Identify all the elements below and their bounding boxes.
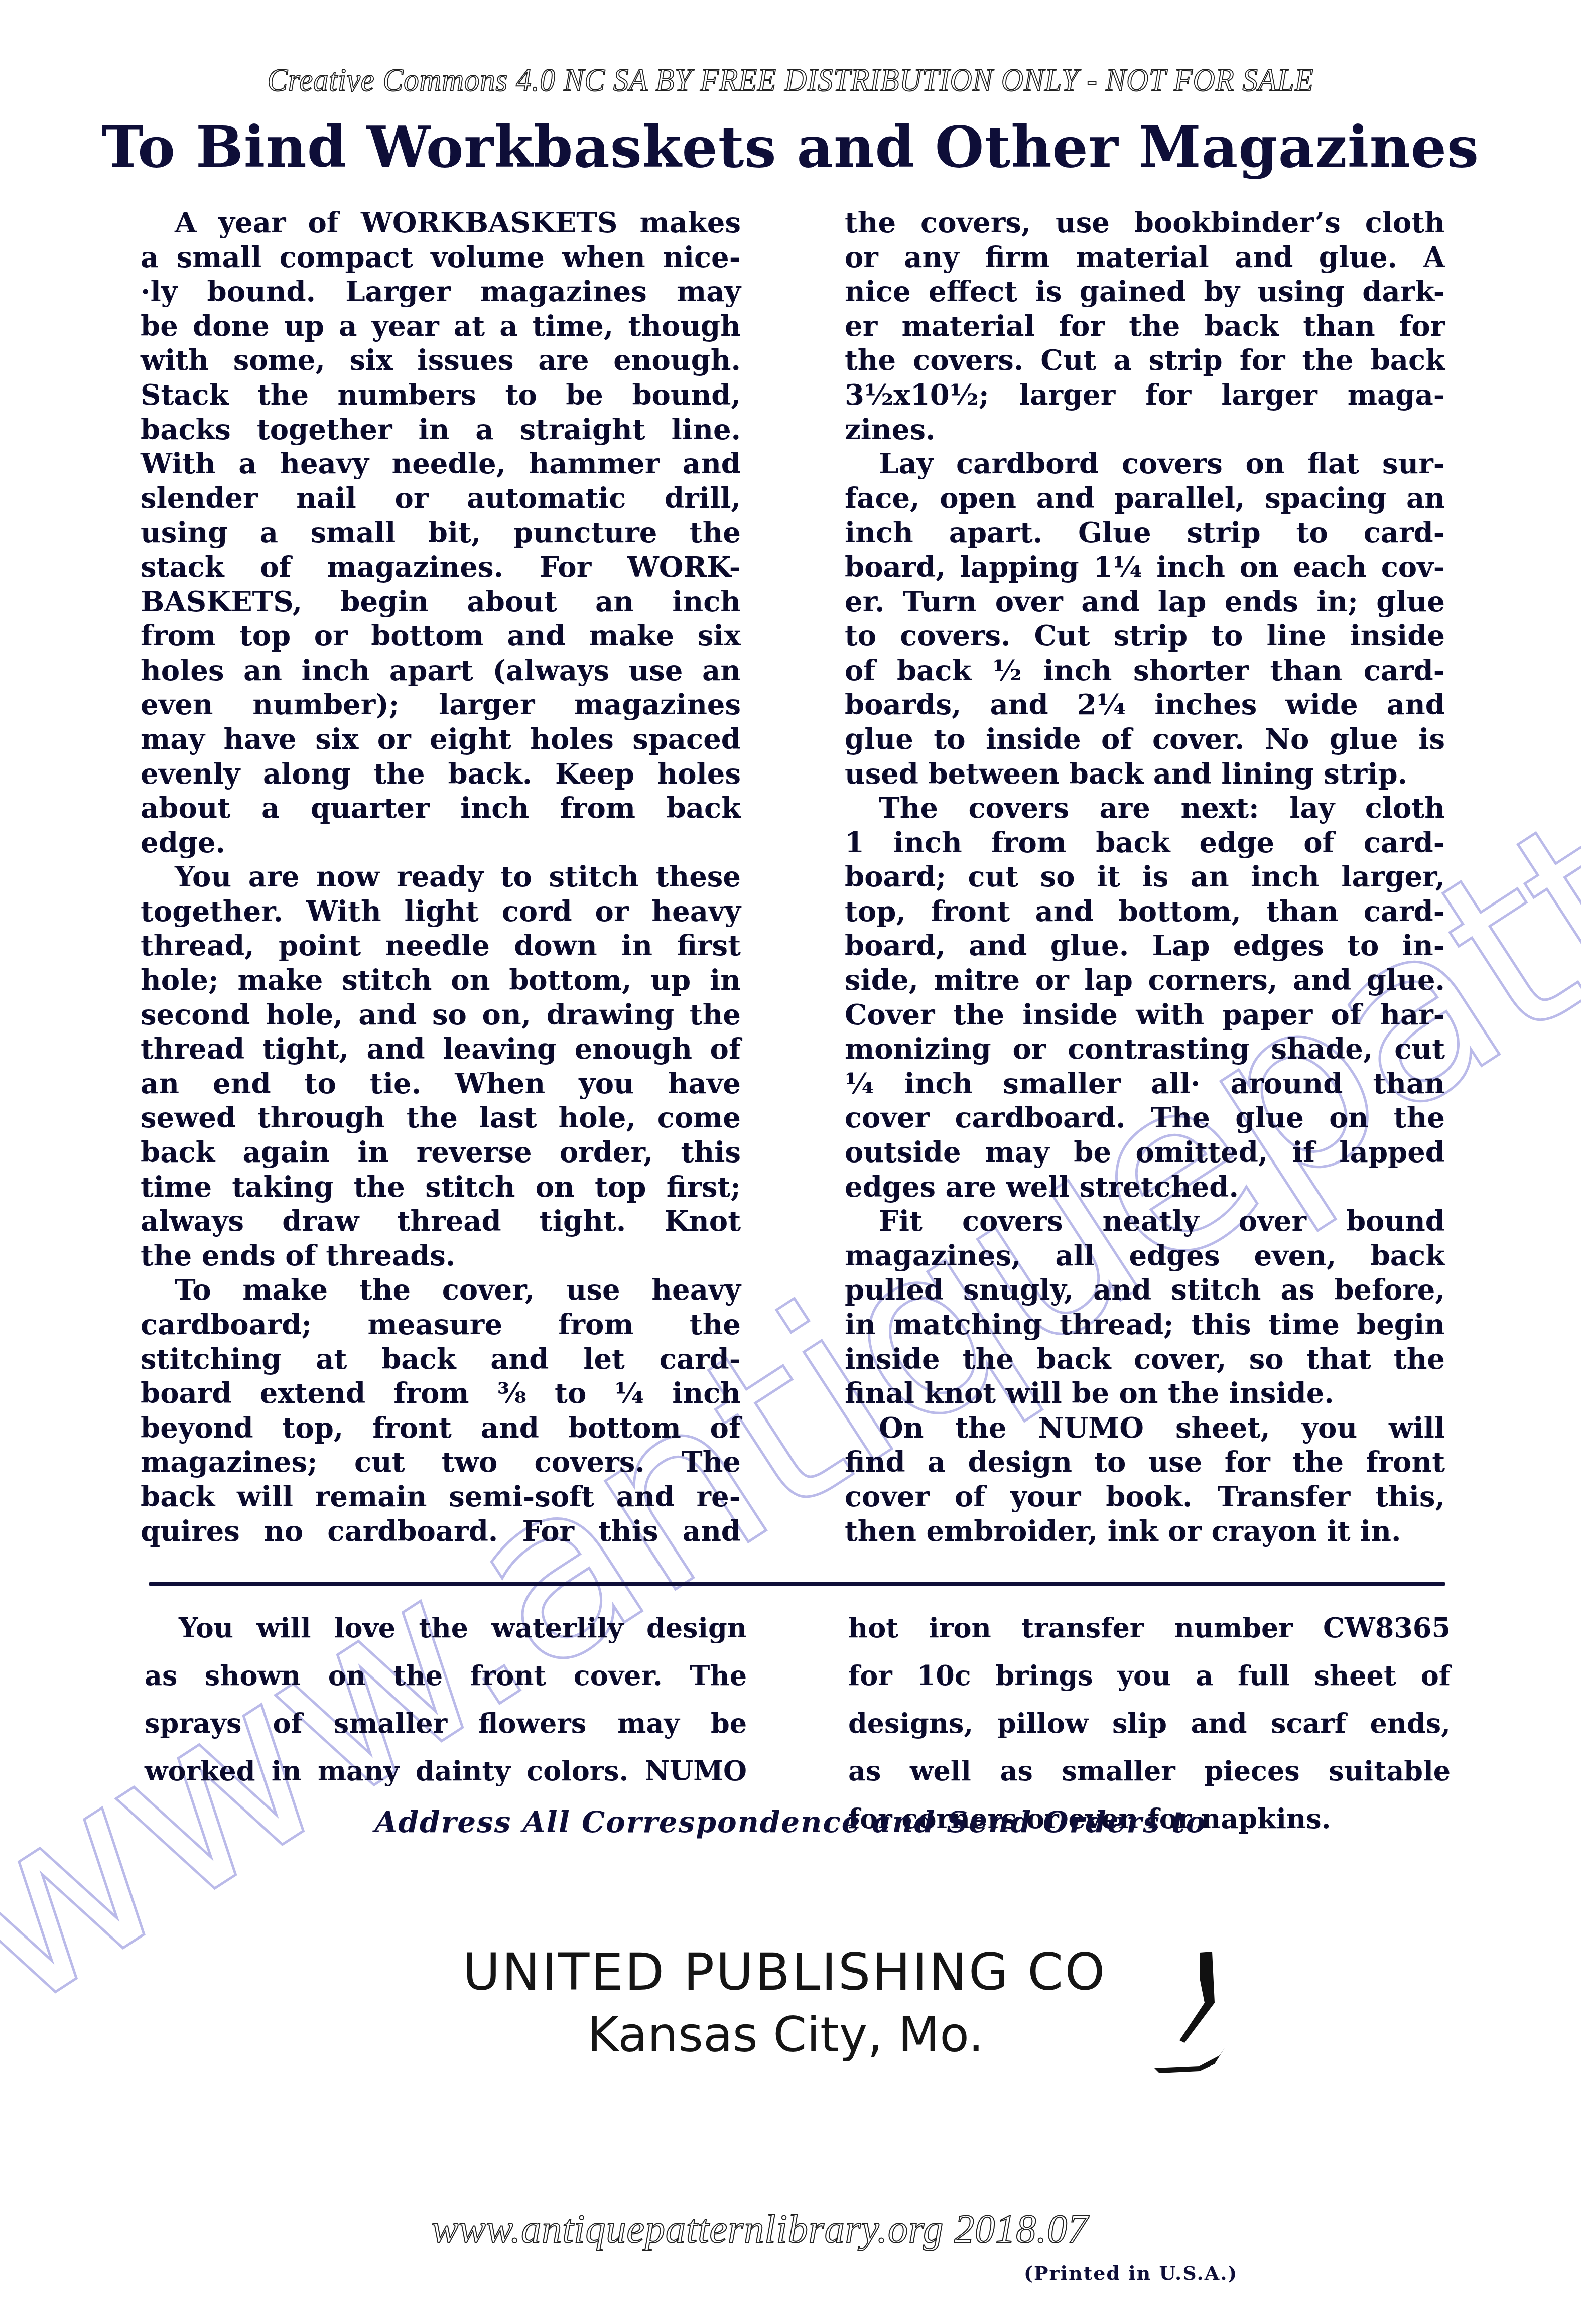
text-line: magazines, all edges even, back (845, 1239, 1445, 1273)
license-notice: Creative Commons 4.0 NC SA BY FREE DISTR… (63, 61, 1518, 99)
text-line: board, and glue. Lap edges to in- (845, 929, 1445, 963)
text-line: inch apart. Glue strip to card- (845, 515, 1445, 550)
text-line: pulled snugly, and stitch as before, (845, 1273, 1445, 1308)
stamp-city: Kansas City, Mo. (587, 2007, 984, 2063)
text-line: using a small bit, puncture the (141, 515, 741, 550)
text-line: with some, six issues are enough. (141, 343, 741, 378)
publisher-stamp: UNITED PUBLISHING CO Kansas City, Mo. (452, 1938, 1235, 2088)
text-line: monizing or contrasting shade, cut (845, 1032, 1445, 1067)
text-line: about a quarter inch from back (141, 791, 741, 826)
text-line: together. With light cord or heavy (141, 894, 741, 929)
text-line: nice effect is gained by using dark- (845, 275, 1445, 309)
text-line: 3½x10½; larger for larger maga- (845, 378, 1445, 413)
text-line: A year of WORKBASKETS makes (141, 206, 741, 240)
text-line: Lay cardbord covers on flat sur- (845, 447, 1445, 481)
text-line: board extend from ⅜ to ¼ inch (141, 1376, 741, 1411)
text-line: an end to tie. When you have (141, 1067, 741, 1101)
text-line: designs, pillow slip and scarf ends, (848, 1700, 1451, 1747)
text-line: or any firm material and glue. A (845, 240, 1445, 275)
text-line: worked in many dainty colors. NUMO (145, 1747, 747, 1795)
text-line: always draw thread tight. Knot (141, 1204, 741, 1239)
text-line: back will remain semi-soft and re- (141, 1480, 741, 1514)
text-line: face, open and parallel, spacing an (845, 481, 1445, 516)
text-line: evenly along the back. Keep holes (141, 757, 741, 792)
text-line: sewed through the last hole, come (141, 1101, 741, 1135)
text-line: for 10c brings you a full sheet of (848, 1652, 1451, 1700)
text-line: be done up a year at a time, though (141, 309, 741, 344)
text-line: board; cut so it is an inch larger, (845, 860, 1445, 894)
text-line: hot iron transfer number CW8365 (848, 1604, 1451, 1652)
text-line: The covers are next: lay cloth (845, 791, 1445, 826)
article-left-column: A year of WORKBASKETS makesa small compa… (141, 206, 741, 1548)
text-line: to covers. Cut strip to line inside (845, 619, 1445, 654)
text-line: ¼ inch smaller all· around than (845, 1067, 1445, 1101)
text-line: BASKETS, begin about an inch (141, 585, 741, 619)
text-line: You will love the waterlily design (145, 1604, 747, 1652)
address-heading: Address All Correspondence and Send Orde… (0, 1805, 1581, 1839)
text-line: sprays of smaller flowers may be (145, 1700, 747, 1747)
text-line: the covers. Cut a strip for the back (845, 343, 1445, 378)
stamp-ink-mark-icon (1124, 1948, 1235, 2078)
promo-left-column: You will love the waterlily designas sho… (145, 1604, 747, 1795)
text-line: magazines; cut two covers. The (141, 1445, 741, 1480)
text-line: thread, point needle down in first (141, 929, 741, 963)
text-line: backs together in a straight line. (141, 413, 741, 447)
text-line: holes an inch apart (always use an (141, 654, 741, 688)
text-line: as well as smaller pieces suitable (848, 1747, 1451, 1795)
text-line: edge. (141, 826, 741, 860)
document-page: www.antiquepatternlibrary.org Creative C… (0, 0, 1581, 2324)
text-line: hole; make stitch on bottom, up in (141, 963, 741, 998)
printed-note: (Printed in U.S.A.) (1024, 2262, 1238, 2284)
source-url: www.antiquepatternlibrary.org 2018.07 (432, 2207, 1088, 2252)
article-right-column: the covers, use bookbinder’s clothor any… (845, 206, 1445, 1548)
text-line: beyond top, front and bottom of (141, 1411, 741, 1446)
text-line: even number); larger magazines (141, 688, 741, 722)
text-line: 1 inch from back edge of card- (845, 826, 1445, 860)
text-line: board, lapping 1¼ inch on each cov- (845, 550, 1445, 585)
text-line: the ends of threads. (141, 1239, 741, 1273)
section-divider (149, 1582, 1445, 1586)
text-line: time taking the stitch on top first; (141, 1170, 741, 1205)
text-line: side, mitre or lap corners, and glue. (845, 963, 1445, 998)
text-line: Stack the numbers to be bound, (141, 378, 741, 413)
text-line: may have six or eight holes spaced (141, 722, 741, 757)
text-line: slender nail or automatic drill, (141, 481, 741, 516)
text-line: You are now ready to stitch these (141, 860, 741, 894)
text-line: ·ly bound. Larger magazines may (141, 275, 741, 309)
text-line: used between back and lining strip. (845, 757, 1445, 792)
text-line: cover of your book. Transfer this, (845, 1480, 1445, 1514)
text-line: from top or bottom and make six (141, 619, 741, 654)
text-line: cover cardboard. The glue on the (845, 1101, 1445, 1135)
text-line: On the NUMO sheet, you will (845, 1411, 1445, 1446)
text-line: find a design to use for the front (845, 1445, 1445, 1480)
text-line: back again in reverse order, this (141, 1135, 741, 1170)
text-line: outside may be omitted, if lapped (845, 1135, 1445, 1170)
text-line: as shown on the front cover. The (145, 1652, 747, 1700)
text-line: inside the back cover, so that the (845, 1342, 1445, 1377)
text-line: To make the cover, use heavy (141, 1273, 741, 1308)
stamp-company: UNITED PUBLISHING CO (463, 1943, 1107, 2002)
text-line: thread tight, and leaving enough of (141, 1032, 741, 1067)
text-line: With a heavy needle, hammer and (141, 447, 741, 481)
text-line: zines. (845, 413, 1445, 447)
text-line: then embroider, ink or crayon it in. (845, 1514, 1445, 1549)
text-line: the covers, use bookbinder’s cloth (845, 206, 1445, 240)
text-line: Cover the inside with paper of har- (845, 998, 1445, 1032)
text-line: final knot will be on the inside. (845, 1376, 1445, 1411)
text-line: boards, and 2¼ inches wide and (845, 688, 1445, 722)
text-line: a small compact volume when nice- (141, 240, 741, 275)
text-line: er material for the back than for (845, 309, 1445, 344)
text-line: stack of magazines. For WORK- (141, 550, 741, 585)
text-line: glue to inside of cover. No glue is (845, 722, 1445, 757)
page-title: To Bind Workbaskets and Other Magazines (0, 114, 1581, 180)
text-line: top, front and bottom, than card- (845, 894, 1445, 929)
text-line: edges are well stretched. (845, 1170, 1445, 1205)
text-line: second hole, and so on, drawing the (141, 998, 741, 1032)
text-line: stitching at back and let card- (141, 1342, 741, 1377)
text-line: of back ½ inch shorter than card- (845, 654, 1445, 688)
text-line: Fit covers neatly over bound (845, 1204, 1445, 1239)
text-line: er. Turn over and lap ends in; glue (845, 585, 1445, 619)
text-line: quires no cardboard. For this and (141, 1514, 741, 1549)
text-line: cardboard; measure from the (141, 1308, 741, 1342)
text-line: in matching thread; this time begin (845, 1308, 1445, 1342)
